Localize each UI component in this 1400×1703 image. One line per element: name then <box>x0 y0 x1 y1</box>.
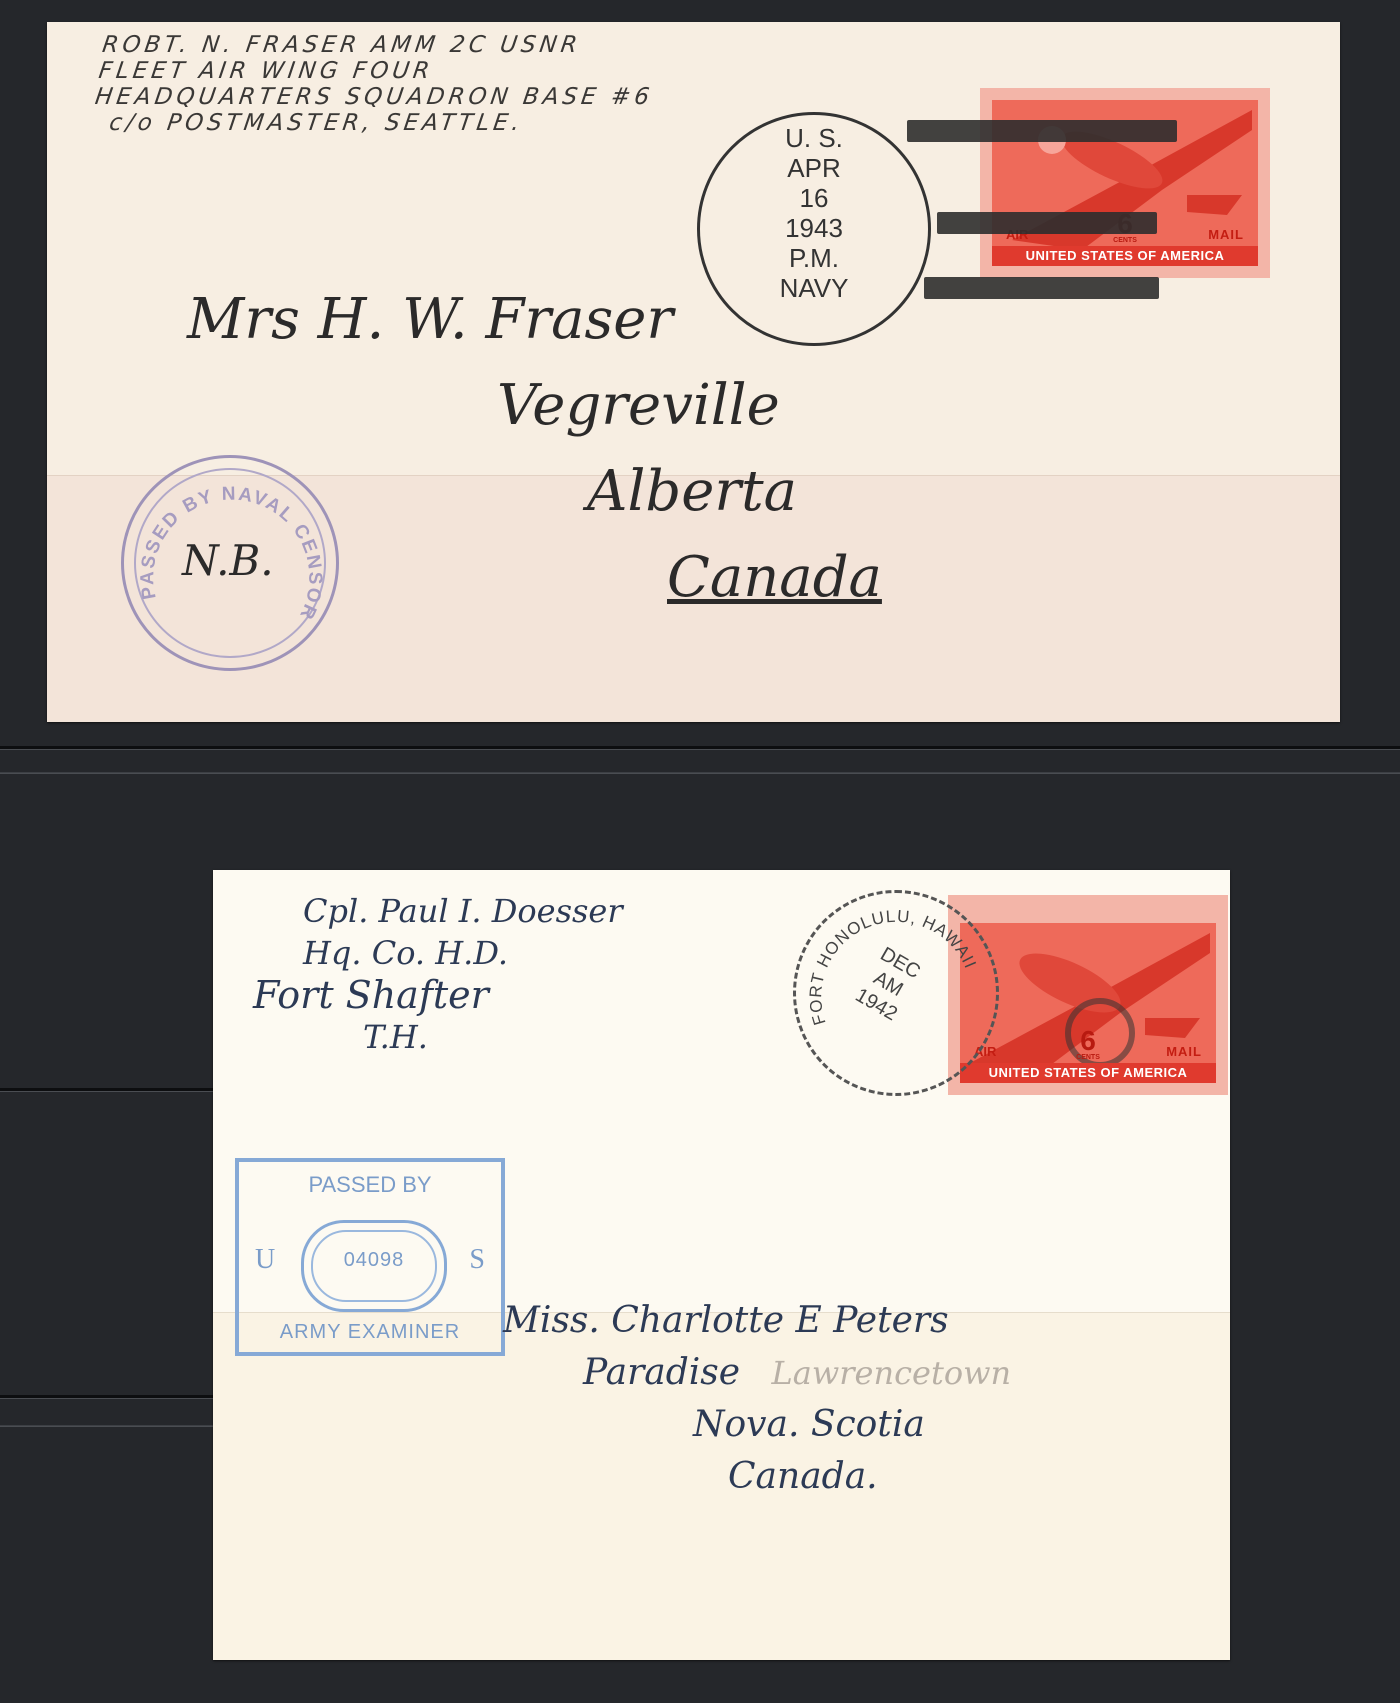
censor-left-letter: U <box>255 1244 275 1276</box>
addressee-line: Alberta <box>187 449 882 535</box>
stamp-denomination: 6 <box>1080 1025 1096 1057</box>
cover-1-envelope: ROBT. N. FRASER AMM 2C USNR FLEET AIR WI… <box>47 22 1340 722</box>
censor-top-text: PASSED BY <box>239 1172 501 1198</box>
cover-2-postmark: FORT HONOLULU, HAWAII DEC AM 1942 <box>793 890 999 1096</box>
return-address-line: HEADQUARTERS SQUADRON BASE #6 <box>93 84 654 110</box>
addressee-line: Miss. Charlotte E Peters <box>503 1295 1011 1347</box>
stamp-country-band: UNITED STATES OF AMERICA <box>960 1063 1216 1083</box>
return-address-line: ROBT. N. FRASER AMM 2C USNR <box>101 32 662 58</box>
censor-examiner-number: 04098 <box>304 1249 444 1272</box>
stamp-mail-text: MAIL <box>1166 1044 1202 1059</box>
album-strip <box>0 772 1400 774</box>
addressee-line: Canada. <box>503 1451 1011 1503</box>
return-address-line: Fort Shafter <box>253 974 623 1016</box>
postmark-time: P.M. <box>700 243 928 273</box>
stamp-cents-text: CENTS <box>1076 1054 1100 1061</box>
cover-1-airmail-stamp: AIR 6 CENTS MAIL UNITED STATES OF AMERIC… <box>980 88 1270 278</box>
stamp-mail-text: MAIL <box>1208 227 1244 242</box>
cover-2-addressee: Miss. Charlotte E Peters Paradise Lawren… <box>503 1295 1011 1503</box>
addressee-line: Mrs H. W. Fraser <box>187 277 882 363</box>
cover-2-army-examiner-mark: PASSED BY U S 04098 ARMY EXAMINER <box>235 1158 505 1356</box>
censor-right-letter: S <box>469 1244 485 1276</box>
album-strip <box>0 746 1400 750</box>
cover-1-return-address: ROBT. N. FRASER AMM 2C USNR FLEET AIR WI… <box>90 32 662 136</box>
censor-bottom-text: ARMY EXAMINER <box>239 1321 501 1344</box>
return-address-line: c/o POSTMASTER, SEATTLE. <box>90 110 651 136</box>
stamp-cents-text: CENTS <box>1113 237 1137 244</box>
postmark-day: 16 <box>700 183 928 213</box>
postmark-month: APR <box>700 153 928 183</box>
return-address-line: FLEET AIR WING FOUR <box>97 58 658 84</box>
cancel-bar <box>924 277 1159 299</box>
album-strip <box>0 1088 213 1092</box>
return-address-line: Hq. Co. H.D. <box>253 932 623 974</box>
cover-1-addressee: Mrs H. W. Fraser Vegreville Alberta Cana… <box>187 277 882 621</box>
pencil-note: Lawrencetown <box>772 1354 1012 1392</box>
addressee-line: Vegreville <box>187 363 882 449</box>
return-address-line: T.H. <box>253 1016 623 1058</box>
return-address-line: Cpl. Paul I. Doesser <box>253 890 623 932</box>
addressee-line: Canada <box>187 535 882 621</box>
addressee-line: Paradise Lawrencetown <box>503 1347 1011 1399</box>
cover-2-envelope: Cpl. Paul I. Doesser Hq. Co. H.D. Fort S… <box>213 870 1230 1660</box>
album-strip <box>0 1395 213 1399</box>
postmark-year: 1943 <box>700 213 928 243</box>
cancel-bar <box>937 212 1157 234</box>
cover-2-return-address: Cpl. Paul I. Doesser Hq. Co. H.D. Fort S… <box>253 890 623 1058</box>
stamp-country-band: UNITED STATES OF AMERICA <box>992 246 1258 266</box>
album-strip <box>0 1425 213 1427</box>
addressee-line: Nova. Scotia <box>503 1399 1011 1451</box>
cancel-bar <box>907 120 1177 142</box>
postmark-country: U. S. <box>700 123 928 153</box>
censor-oval: 04098 <box>301 1220 447 1312</box>
